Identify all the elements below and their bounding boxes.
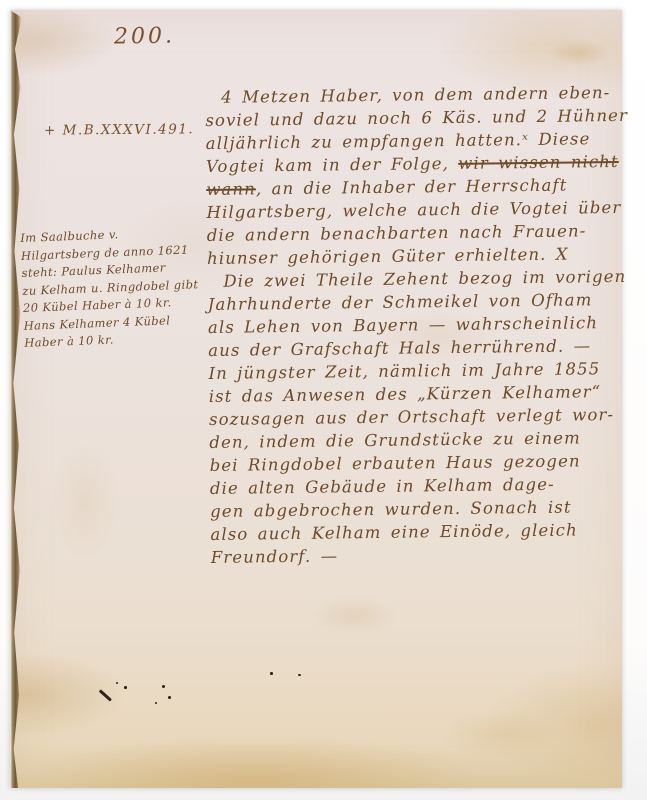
margin-note: Im Saalbuche v. Hilgartsberg de anno 162… — [20, 222, 225, 352]
struck-text: wann — [206, 179, 256, 199]
ink-speck — [116, 682, 118, 684]
manuscript-page: 200. + M.B.XXXVI.491. Im Saalbuche v. Hi… — [10, 10, 622, 788]
ink-speck — [99, 689, 112, 701]
ink-speck — [298, 674, 301, 676]
manuscript-scan: 200. + M.B.XXXVI.491. Im Saalbuche v. Hi… — [0, 0, 647, 800]
ink-speck — [124, 686, 127, 689]
margin-citation: + M.B.XXXVI.491. — [44, 121, 194, 138]
page-number: 200. — [114, 23, 175, 49]
foxing-stain — [310, 595, 400, 635]
foxing-stain — [50, 440, 120, 560]
foxing-stain — [550, 40, 610, 66]
ink-speck — [168, 696, 171, 699]
ink-speck — [270, 672, 273, 675]
ink-speck — [162, 685, 165, 688]
main-text-block: 4 Metzen Haber, von dem andern eben- sov… — [205, 81, 639, 569]
ink-speck — [155, 702, 157, 704]
struck-text: wir wissen nicht — [458, 152, 619, 173]
foxing-stain — [440, 710, 560, 760]
text-line: Freundorf. — — [211, 541, 639, 569]
torn-paper-edge — [10, 10, 23, 788]
